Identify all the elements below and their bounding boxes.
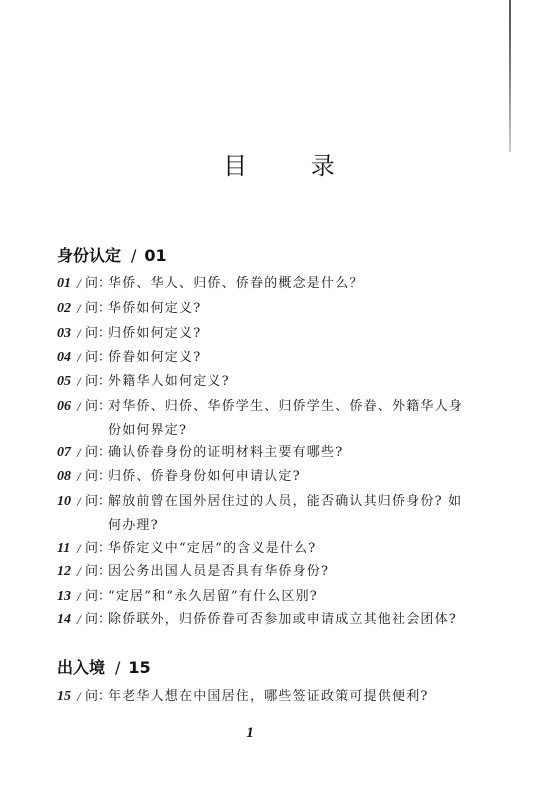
entry-number: 01 (57, 272, 77, 296)
toc-entry[interactable]: 12/问：因公务出国人员是否具有华侨身份? (57, 560, 497, 584)
entry-prefix: 问： (85, 297, 108, 321)
entry-number: 08 (57, 465, 77, 489)
toc-entry[interactable]: 04/问：侨眷如何定义? (57, 346, 497, 370)
entry-separator: / (77, 608, 85, 632)
toc-entry[interactable]: 03/问：归侨如何定义? (57, 322, 497, 346)
page-title: 目 录 (0, 146, 558, 181)
section-title: 出入境 (57, 658, 105, 677)
toc-entry[interactable]: 14/问：除侨联外，归侨侨眷可否参加或申请成立其他社会团体? (57, 608, 497, 632)
entry-text: 华侨、华人、归侨、侨眷的概念是什么？ (108, 272, 364, 296)
page-number: 1 (0, 725, 500, 742)
toc-entry[interactable]: 01/问：华侨、华人、归侨、侨眷的概念是什么？ (57, 272, 497, 296)
entry-separator: / (77, 537, 85, 561)
entry-text: “定居”和“永久居留”有什么区别? (108, 585, 318, 609)
entry-prefix: 问： (85, 322, 108, 346)
toc-entry[interactable]: 08/问：归侨、侨眷身份如何申请认定? (57, 465, 497, 489)
entry-text: 侨眷如何定义? (108, 346, 201, 370)
entry-text: 因公务出国人员是否具有华侨身份? (108, 560, 329, 584)
entry-separator: / (77, 297, 85, 321)
entry-number: 11 (57, 537, 77, 561)
entry-prefix: 问： (85, 537, 108, 561)
entry-text: 归侨、侨眷身份如何申请认定? (108, 465, 301, 489)
entry-prefix: 问： (85, 608, 108, 632)
entry-text: 确认侨眷身份的证明材料主要有哪些? (108, 441, 343, 465)
entry-prefix: 问： (85, 441, 108, 465)
entry-prefix: 问： (85, 346, 108, 370)
entry-separator: / (77, 395, 85, 419)
section-start-page: 15 (128, 658, 150, 677)
toc-entry[interactable]: 02/问：华侨如何定义? (57, 297, 497, 321)
entry-prefix: 问： (85, 465, 108, 489)
entry-separator: / (77, 560, 85, 584)
entry-number: 13 (57, 585, 77, 609)
entry-number: 12 (57, 560, 77, 584)
toc-entry[interactable]: 06/问：对华侨、归侨、华侨学生、归侨学生、侨眷、外籍华人身 份如何界定? (57, 395, 497, 442)
entry-separator: / (77, 465, 85, 489)
entry-separator: / (77, 272, 85, 296)
entry-text: 华侨定义中“定居”的含义是什么? (108, 537, 316, 561)
scan-page-edge-line (509, 0, 511, 152)
entry-prefix: 问： (85, 490, 108, 514)
toc-entry[interactable]: 05/问：外籍华人如何定义? (57, 370, 497, 394)
entry-text: 华侨如何定义? (108, 297, 201, 321)
entry-number: 10 (57, 490, 77, 514)
section-separator: / (131, 246, 136, 265)
toc-entry[interactable]: 07/问：确认侨眷身份的证明材料主要有哪些? (57, 441, 497, 465)
entry-number: 07 (57, 441, 77, 465)
entry-prefix: 问： (85, 370, 108, 394)
section-separator: / (115, 658, 120, 677)
entry-prefix: 问： (85, 395, 108, 419)
entry-number: 15 (57, 685, 77, 709)
entry-text: 年老华人想在中国居住，哪些签证政策可提供便利? (108, 685, 429, 709)
entry-separator: / (77, 585, 85, 609)
entry-separator: / (77, 490, 85, 514)
section-start-page: 01 (144, 246, 166, 265)
entry-text: 归侨如何定义? (108, 322, 201, 346)
entry-number: 05 (57, 370, 77, 394)
entry-number: 02 (57, 297, 77, 321)
entry-prefix: 问： (85, 685, 108, 709)
section-title: 身份认定 (57, 246, 121, 265)
entry-separator: / (77, 441, 85, 465)
entry-text-continuation: 何办理? (57, 514, 497, 538)
toc-entry[interactable]: 15/问：年老华人想在中国居住，哪些签证政策可提供便利? (57, 685, 497, 709)
entry-text: 解放前曾在国外居住过的人员，能否确认其归侨身份? 如 (108, 490, 462, 514)
entry-separator: / (77, 370, 85, 394)
toc-entry[interactable]: 11/问：华侨定义中“定居”的含义是什么? (57, 537, 497, 561)
section-heading-entry-exit: 出入境/15 (57, 655, 151, 678)
toc-entry[interactable]: 13/问：“定居”和“永久居留”有什么区别? (57, 585, 497, 609)
entry-separator: / (77, 346, 85, 370)
entry-prefix: 问： (85, 560, 108, 584)
entry-text: 对华侨、归侨、华侨学生、归侨学生、侨眷、外籍华人身 (108, 395, 463, 419)
toc-entry[interactable]: 10/问：解放前曾在国外居住过的人员，能否确认其归侨身份? 如 何办理? (57, 490, 497, 537)
entry-number: 04 (57, 346, 77, 370)
entry-prefix: 问： (85, 585, 108, 609)
entry-text: 外籍华人如何定义? (108, 370, 230, 394)
entry-number: 06 (57, 395, 77, 419)
entry-separator: / (77, 685, 85, 709)
entry-number: 03 (57, 322, 77, 346)
entry-separator: / (77, 322, 85, 346)
entry-text: 除侨联外，归侨侨眷可否参加或申请成立其他社会团体? (108, 608, 457, 632)
entry-prefix: 问： (85, 272, 108, 296)
entry-text-continuation: 份如何界定? (57, 419, 497, 443)
section-heading-identity: 身份认定/01 (57, 243, 167, 266)
entry-number: 14 (57, 608, 77, 632)
